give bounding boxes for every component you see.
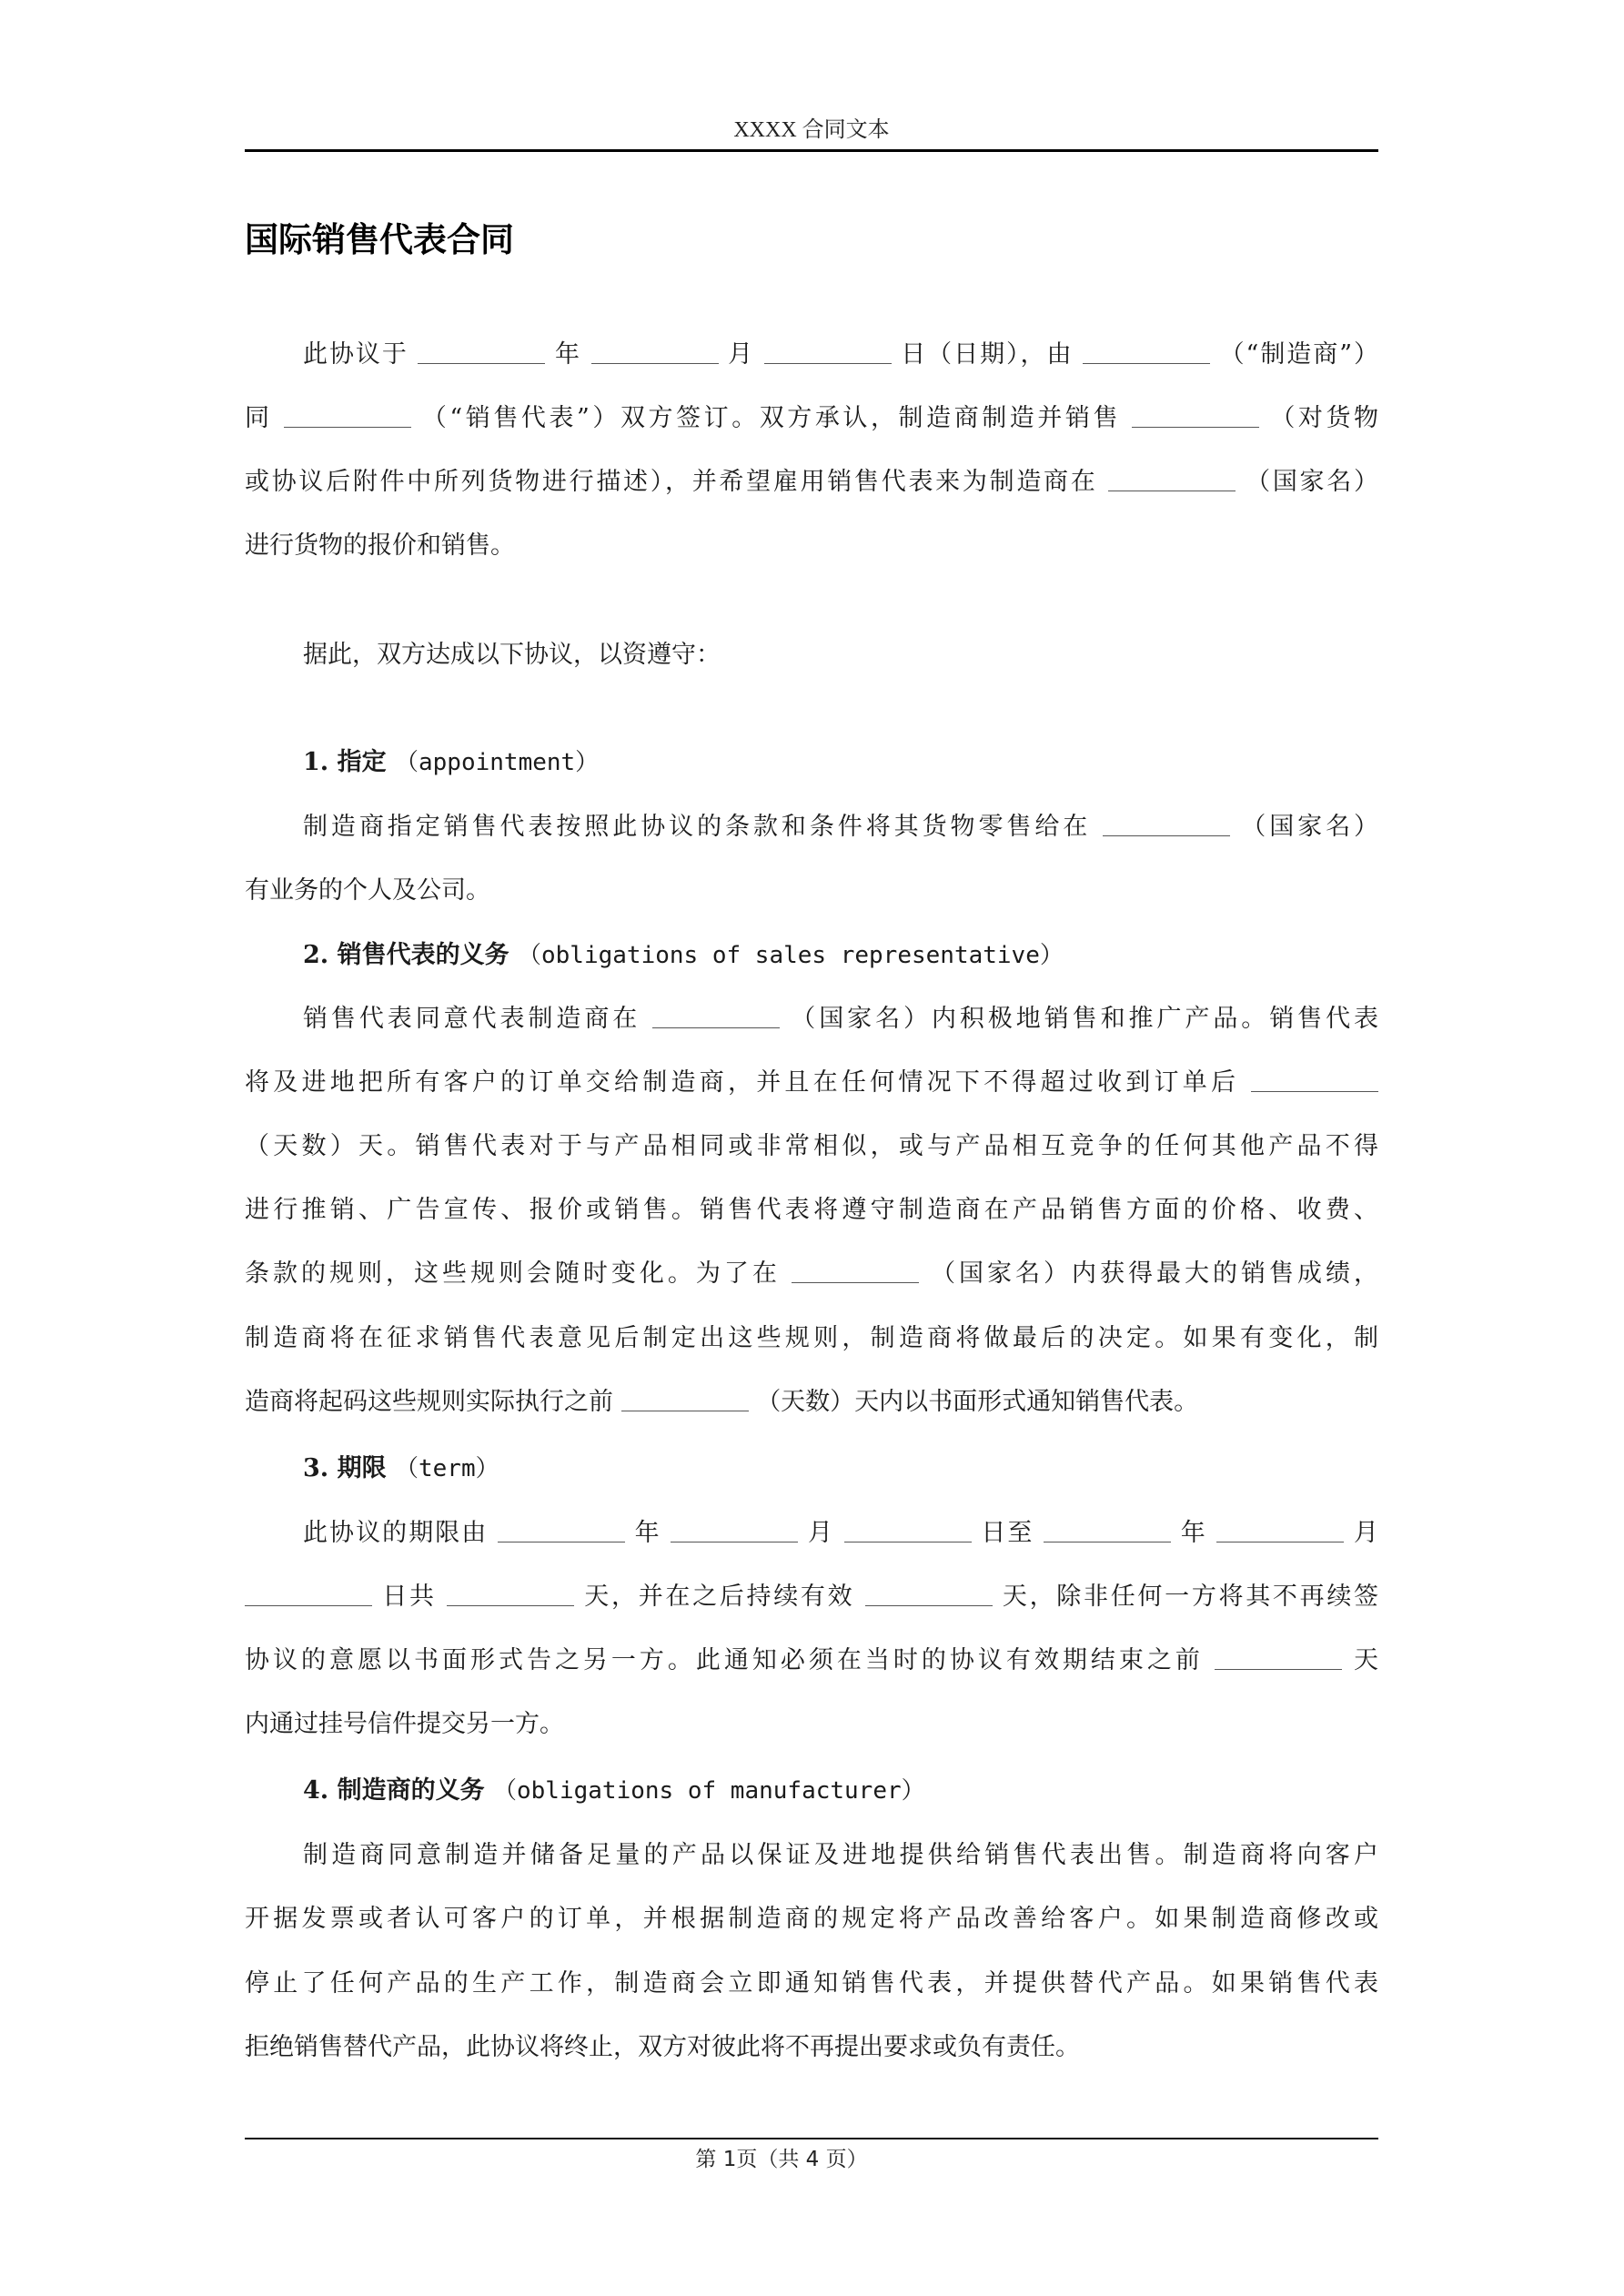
text-run: 天，除非任何一方将其不再续签 — [1003, 1583, 1378, 1611]
heading-english: （obligations of sales representative） — [518, 942, 1064, 969]
fill-in-blank[interactable] — [1083, 339, 1210, 364]
fill-in-blank[interactable] — [865, 1582, 993, 1606]
text-run: （天数）天内以书面形式通知销售代表。 — [756, 1388, 1198, 1416]
text-line: 同 （“销售代表”）双方签订。双方承认，制造商制造并销售 （对货物 — [245, 400, 1378, 437]
fill-in-blank[interactable] — [792, 1259, 919, 1283]
heading-english: （appointment） — [395, 749, 599, 776]
document-title: 国际销售代表合同 — [245, 218, 514, 262]
section-heading: 3. 期限 （term） — [245, 1451, 1378, 1487]
text-line: 有业务的个人及公司。 — [245, 873, 1378, 909]
section-heading: 4. 制造商的义务 （obligations of manufacturer） — [245, 1773, 1378, 1809]
fill-in-blank[interactable] — [1132, 403, 1259, 428]
fill-in-blank[interactable] — [671, 1518, 798, 1542]
text-line: 据此，双方达成以下协议，以资遵守： — [245, 637, 1378, 673]
fill-in-blank[interactable] — [844, 1518, 972, 1542]
text-run: （国家名） — [1246, 468, 1378, 496]
text-run: 同 — [245, 404, 273, 432]
fill-in-blank[interactable] — [284, 403, 411, 428]
section-heading: 1. 指定 （appointment） — [245, 744, 1378, 781]
text-run: 年 — [1181, 1519, 1207, 1547]
text-line: 拒绝销售替代产品，此协议将终止，双方对彼此将不再提出要求或负有责任。 — [245, 2029, 1378, 2066]
header-rule — [245, 149, 1378, 152]
fill-in-blank[interactable] — [652, 1004, 780, 1028]
text-run: 条款的规则，这些规则会随时变化。为了在 — [245, 1259, 781, 1288]
text-run: （对货物 — [1270, 404, 1378, 432]
text-run: 进行货物的报价和销售。 — [245, 531, 515, 560]
footer-rule — [245, 2138, 1378, 2139]
text-run: （国家名） — [1241, 813, 1378, 841]
text-run: 月 — [808, 1519, 834, 1547]
text-line: 销售代表同意代表制造商在 （国家名）内积极地销售和推广产品。销售代表 — [245, 1001, 1378, 1037]
text-run: 进行推销、广告宣传、报价或销售。销售代表将遵守制造商在产品销售方面的价格、收费、 — [245, 1196, 1378, 1224]
text-line: 内通过挂号信件提交另一方。 — [245, 1706, 1378, 1743]
text-line: 制造商指定销售代表按照此协议的条款和条件将其货物零售给在 （国家名） — [245, 809, 1378, 845]
text-run: 天 — [1354, 1646, 1378, 1674]
text-line: 此协议于 年 月 日（日期），由 （“制造商”） — [245, 337, 1378, 373]
text-line: 进行推销、广告宣传、报价或销售。销售代表将遵守制造商在产品销售方面的价格、收费、 — [245, 1192, 1378, 1229]
heading-english: （term） — [395, 1455, 499, 1482]
text-line: 或协议后附件中所列货物进行描述），并希望雇用销售代表来为制造商在 （国家名） — [245, 464, 1378, 501]
fill-in-blank[interactable] — [418, 339, 545, 364]
text-run: 开据发票或者认可客户的订单，并根据制造商的规定将产品改善给客户。如果制造商修改或 — [245, 1905, 1378, 1933]
text-run: （“制造商”） — [1220, 340, 1378, 369]
text-line: 停止了任何产品的生产工作，制造商会立即通知销售代表，并提供替代产品。如果销售代表 — [245, 1966, 1378, 2002]
text-run: 2. 销售代表的义务 — [303, 941, 509, 969]
text-run: 月 — [728, 340, 754, 369]
fill-in-blank[interactable] — [245, 1582, 372, 1606]
text-run: 拒绝销售替代产品，此协议将终止，双方对彼此将不再提出要求或负有责任。 — [245, 2033, 1080, 2061]
text-line: 日共 天，并在之后持续有效 天，除非任何一方将其不再续签 — [245, 1579, 1378, 1615]
text-run: （“销售代表”）双方签订。双方承认，制造商制造并销售 — [422, 404, 1121, 432]
text-run: 制造商将在征求销售代表意见后制定出这些规则，制造商将做最后的决定。如果有变化，制 — [245, 1324, 1378, 1352]
text-line: 此协议的期限由 年 月 日至 年 月 — [245, 1515, 1378, 1552]
text-run: 有业务的个人及公司。 — [245, 876, 490, 905]
text-line: 协议的意愿以书面形式告之另一方。此通知必须在当时的协议有效期结束之前 天 — [245, 1643, 1378, 1679]
text-run: （国家名）内获得最大的销售成绩， — [931, 1259, 1378, 1288]
text-run: 将及进地把所有客户的订单交给制造商，并且在任何情况下不得超过收到订单后 — [245, 1068, 1239, 1097]
text-run: 1. 指定 — [303, 748, 387, 776]
fill-in-blank[interactable] — [1108, 467, 1236, 491]
text-line: 制造商同意制造并储备足量的产品以保证及进地提供给销售代表出售。制造商将向客户 — [245, 1837, 1378, 1874]
text-line: 条款的规则，这些规则会随时变化。为了在 （国家名）内获得最大的销售成绩， — [245, 1256, 1378, 1292]
text-line: 进行货物的报价和销售。 — [245, 528, 1378, 564]
text-run: 销售代表同意代表制造商在 — [303, 1005, 641, 1033]
text-line: （天数）天。销售代表对于与产品相同或非常相似，或与产品相互竞争的任何其他产品不得 — [245, 1128, 1378, 1165]
text-run: 停止了任何产品的生产工作，制造商会立即通知销售代表，并提供替代产品。如果销售代表 — [245, 1969, 1378, 1998]
text-run: 造商将起码这些规则实际执行之前 — [245, 1388, 613, 1416]
text-run: 据此，双方达成以下协议，以资遵守： — [303, 641, 721, 669]
text-run: 协议的意愿以书面形式告之另一方。此通知必须在当时的协议有效期结束之前 — [245, 1646, 1204, 1674]
text-run: 3. 期限 — [303, 1454, 387, 1482]
fill-in-blank[interactable] — [591, 339, 719, 364]
fill-in-blank[interactable] — [1215, 1645, 1342, 1670]
text-run: （国家名）内积极地销售和推广产品。销售代表 — [791, 1005, 1378, 1033]
fill-in-blank[interactable] — [621, 1387, 749, 1411]
text-line: 造商将起码这些规则实际执行之前 （天数）天内以书面形式通知销售代表。 — [245, 1384, 1378, 1421]
text-run: 制造商指定销售代表按照此协议的条款和条件将其货物零售给在 — [303, 813, 1091, 841]
heading-english: （obligations of manufacturer） — [493, 1777, 925, 1805]
fill-in-blank[interactable] — [1251, 1067, 1378, 1092]
fill-in-blank[interactable] — [764, 339, 892, 364]
text-run: （天数）天。销售代表对于与产品相同或非常相似，或与产品相互竞争的任何其他产品不得 — [245, 1132, 1378, 1160]
text-run: 年 — [635, 1519, 661, 1547]
text-run: 此协议的期限由 — [303, 1519, 488, 1547]
text-line: 开据发票或者认可客户的订单，并根据制造商的规定将产品改善给客户。如果制造商修改或 — [245, 1901, 1378, 1937]
text-run: 或协议后附件中所列货物进行描述），并希望雇用销售代表来为制造商在 — [245, 468, 1098, 496]
fill-in-blank[interactable] — [1216, 1518, 1344, 1542]
fill-in-blank[interactable] — [447, 1582, 574, 1606]
fill-in-blank[interactable] — [1103, 812, 1230, 836]
text-run: 月 — [1354, 1519, 1378, 1547]
page-number: 第 1页（共 4 页） — [245, 2146, 1318, 2173]
fill-in-blank[interactable] — [1044, 1518, 1171, 1542]
text-line: 将及进地把所有客户的订单交给制造商，并且在任何情况下不得超过收到订单后 — [245, 1065, 1378, 1101]
text-run: 4. 制造商的义务 — [303, 1776, 485, 1805]
text-run: 日至 — [981, 1519, 1034, 1547]
text-run: 内通过挂号信件提交另一方。 — [245, 1710, 564, 1738]
running-header: XXXX 合同文本 — [245, 116, 1378, 144]
section-heading: 2. 销售代表的义务 （obligations of sales represe… — [245, 937, 1378, 974]
text-run: 日（日期），由 — [901, 340, 1073, 369]
text-run: 此协议于 — [303, 340, 409, 369]
fill-in-blank[interactable] — [498, 1518, 625, 1542]
text-run: 日共 — [382, 1583, 436, 1611]
text-run: 天，并在之后持续有效 — [584, 1583, 854, 1611]
text-run: 年 — [555, 340, 581, 369]
text-line: 制造商将在征求销售代表意见后制定出这些规则，制造商将做最后的决定。如果有变化，制 — [245, 1320, 1378, 1357]
text-run: 制造商同意制造并储备足量的产品以保证及进地提供给销售代表出售。制造商将向客户 — [303, 1841, 1378, 1869]
